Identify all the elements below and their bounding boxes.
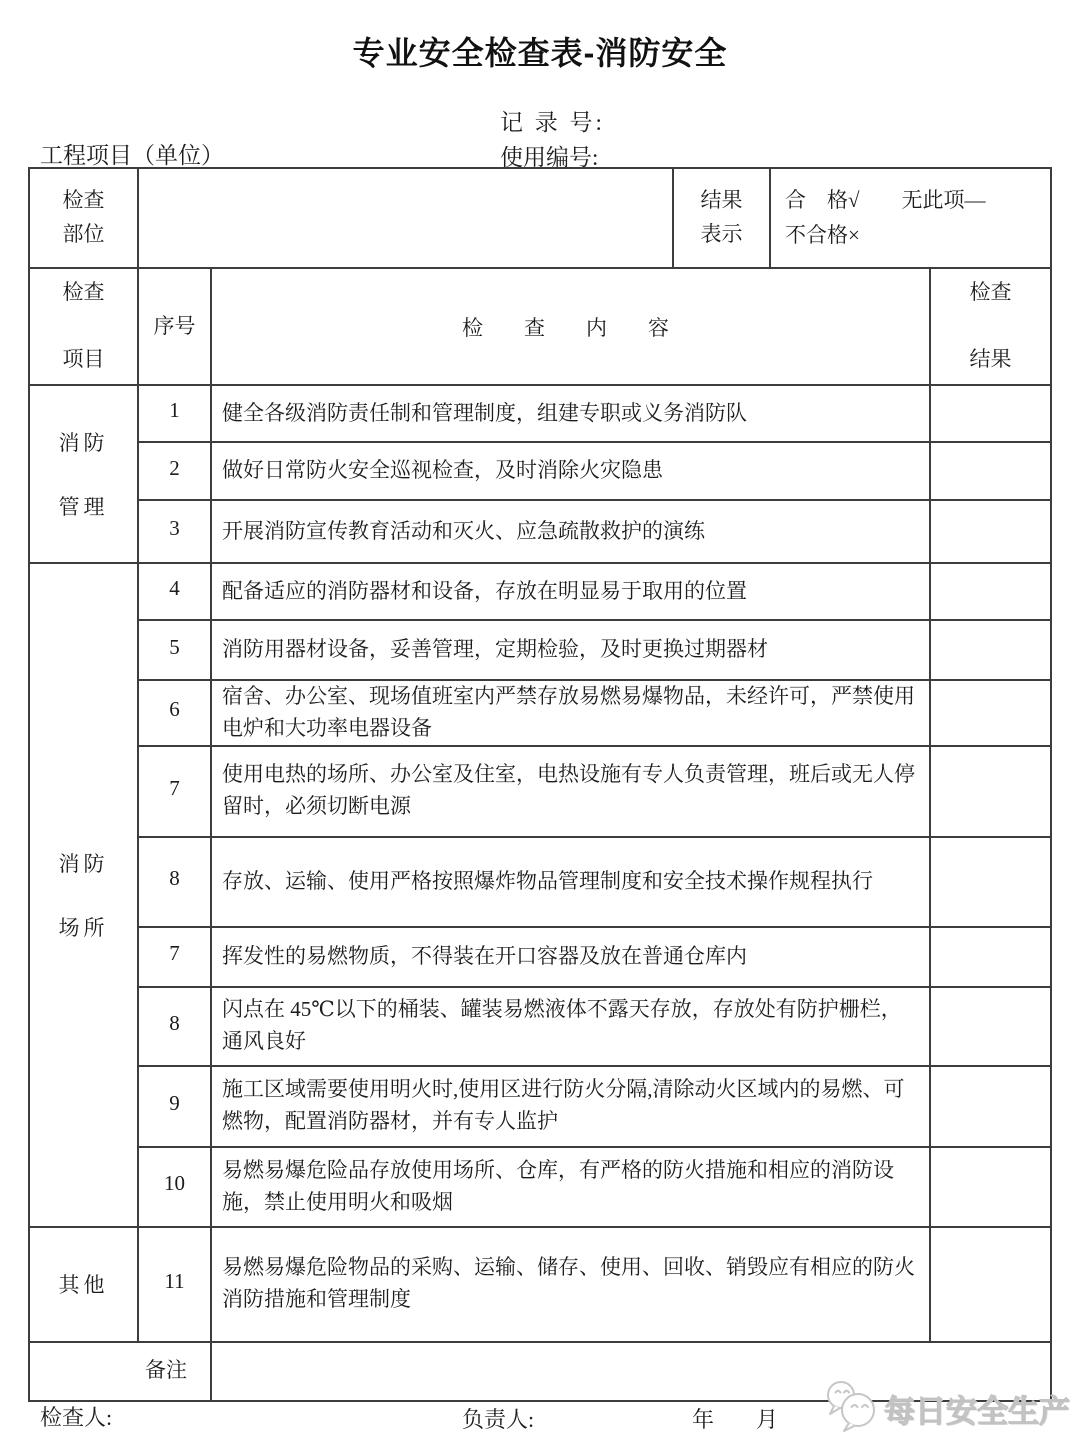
row-content: 闪点在 45℃以下的桶装、罐装易燃液体不露天存放，存放处有防护栅栏，通风良好 bbox=[211, 987, 930, 1066]
row-seq: 1 bbox=[138, 385, 211, 442]
row-seq: 4 bbox=[138, 563, 211, 620]
table-row: 3 开展消防宣传教育活动和灭火、应急疏散救护的演练 bbox=[29, 500, 1051, 563]
wechat-logo-icon bbox=[824, 1380, 880, 1437]
row-content: 开展消防宣传教育活动和灭火、应急疏散救护的演练 bbox=[211, 500, 930, 563]
category-fire-sites: 消防 场所 bbox=[29, 563, 138, 1227]
responsible-label: 负责人: bbox=[462, 1403, 534, 1434]
row-seq: 9 bbox=[138, 1066, 211, 1147]
row-seq: 5 bbox=[138, 620, 211, 680]
watermark: 每日安全生产 bbox=[824, 1380, 1070, 1437]
inspect-item-header: 检查 项目 bbox=[29, 268, 138, 385]
table-row: 5 消防用器材设备，妥善管理，定期检验，及时更换过期器材 bbox=[29, 620, 1051, 680]
watermark-text: 每日安全生产 bbox=[884, 1386, 1070, 1431]
year-label: 年 bbox=[692, 1403, 714, 1434]
row-content: 施工区域需要使用明火时,使用区进行防火分隔,清除动火区域内的易燃、可燃物，配置消… bbox=[211, 1066, 930, 1147]
project-unit-label: 工程项目（单位） bbox=[40, 137, 224, 170]
inspect-part-header: 检查 部位 bbox=[29, 168, 138, 268]
result-cell bbox=[930, 442, 1051, 500]
row-content: 配备适应的消防器材和设备，存放在明显易于取用的位置 bbox=[211, 563, 930, 620]
month-label: 月 bbox=[756, 1403, 778, 1434]
result-cell bbox=[930, 746, 1051, 837]
content-header: 检 查 内 容 bbox=[211, 268, 930, 385]
inspection-table: 检查 部位 结果 表示 合 格√ 无此项— 不合格× 检查 项目 序号 检 查 … bbox=[28, 167, 1052, 1402]
row-seq: 8 bbox=[138, 837, 211, 927]
result-cell bbox=[930, 837, 1051, 927]
table-row: 消防 场所 4 配备适应的消防器材和设备，存放在明显易于取用的位置 bbox=[29, 563, 1051, 620]
page-title: 专业安全检查表-消防安全 bbox=[0, 28, 1080, 74]
table-row: 6 宿舍、办公室、现场值班室内严禁存放易燃易爆物品，未经许可，严禁使用电炉和大功… bbox=[29, 680, 1051, 746]
table-row: 2 做好日常防火安全巡视检查，及时消除火灾隐患 bbox=[29, 442, 1051, 500]
row-content: 存放、运输、使用严格按照爆炸物品管理制度和安全技术操作规程执行 bbox=[211, 837, 930, 927]
category-other: 其他 bbox=[29, 1227, 138, 1342]
row-seq: 11 bbox=[138, 1227, 211, 1342]
table-row: 7 挥发性的易燃物质，不得装在开口容器及放在普通仓库内 bbox=[29, 927, 1051, 987]
row-seq: 10 bbox=[138, 1147, 211, 1227]
result-legend: 合 格√ 无此项— 不合格× bbox=[770, 168, 1051, 268]
result-header: 检查 结果 bbox=[930, 268, 1051, 385]
remark-label: 备注 bbox=[29, 1342, 211, 1401]
row-seq: 3 bbox=[138, 500, 211, 563]
result-cell bbox=[930, 385, 1051, 442]
table-row: 10 易燃易爆危险品存放使用场所、仓库，有严格的防火措施和相应的消防设施，禁止使… bbox=[29, 1147, 1051, 1227]
table-row: 消防 管理 1 健全各级消防责任制和管理制度，组建专职或义务消防队 bbox=[29, 385, 1051, 442]
result-cell bbox=[930, 1227, 1051, 1342]
result-cell bbox=[930, 1066, 1051, 1147]
result-cell bbox=[930, 563, 1051, 620]
row-seq: 7 bbox=[138, 927, 211, 987]
row-seq: 6 bbox=[138, 680, 211, 746]
row-content: 消防用器材设备，妥善管理，定期检验，及时更换过期器材 bbox=[211, 620, 930, 680]
row-content: 宿舍、办公室、现场值班室内严禁存放易燃易爆物品，未经许可，严禁使用电炉和大功率电… bbox=[211, 680, 930, 746]
result-cell bbox=[930, 987, 1051, 1066]
table-row: 8 存放、运输、使用严格按照爆炸物品管理制度和安全技术操作规程执行 bbox=[29, 837, 1051, 927]
result-cell bbox=[930, 1147, 1051, 1227]
record-no-label: 记 录 号: bbox=[500, 104, 605, 137]
row-content: 挥发性的易燃物质，不得装在开口容器及放在普通仓库内 bbox=[211, 927, 930, 987]
row-seq: 8 bbox=[138, 987, 211, 1066]
table-row: 其他 11 易燃易爆危险物品的采购、运输、储存、使用、回收、销毁应有相应的防火消… bbox=[29, 1227, 1051, 1342]
category-fire-management: 消防 管理 bbox=[29, 385, 138, 563]
row-content: 使用电热的场所、办公室及住室，电热设施有专人负责管理，班后或无人停留时，必须切断… bbox=[211, 746, 930, 837]
result-cell bbox=[930, 680, 1051, 746]
inspector-label: 检查人: bbox=[40, 1401, 112, 1432]
result-notation-header: 结果 表示 bbox=[673, 168, 770, 268]
result-cell bbox=[930, 620, 1051, 680]
table-row: 9 施工区域需要使用明火时,使用区进行防火分隔,清除动火区域内的易燃、可燃物，配… bbox=[29, 1066, 1051, 1147]
row-content: 易燃易爆危险物品的采购、运输、储存、使用、回收、销毁应有相应的防火消防措施和管理… bbox=[211, 1227, 930, 1342]
row-content: 做好日常防火安全巡视检查，及时消除火灾隐患 bbox=[211, 442, 930, 500]
table-row: 7 使用电热的场所、办公室及住室，电热设施有专人负责管理，班后或无人停留时，必须… bbox=[29, 746, 1051, 837]
table-row: 8 闪点在 45℃以下的桶装、罐装易燃液体不露天存放，存放处有防护栅栏，通风良好 bbox=[29, 987, 1051, 1066]
seq-header: 序号 bbox=[138, 268, 211, 385]
row-seq: 7 bbox=[138, 746, 211, 837]
row-seq: 2 bbox=[138, 442, 211, 500]
result-cell bbox=[930, 927, 1051, 987]
inspect-part-value-cell bbox=[138, 168, 673, 268]
row-content: 健全各级消防责任制和管理制度，组建专职或义务消防队 bbox=[211, 385, 930, 442]
result-cell bbox=[930, 500, 1051, 563]
row-content: 易燃易爆危险品存放使用场所、仓库，有严格的防火措施和相应的消防设施，禁止使用明火… bbox=[211, 1147, 930, 1227]
